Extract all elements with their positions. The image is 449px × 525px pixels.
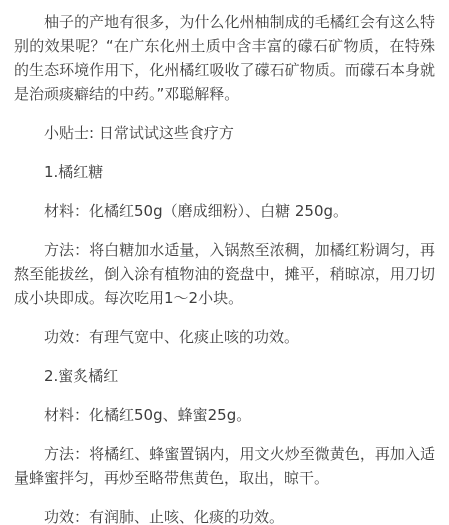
recipe-1-method: 方法：将白糖加水适量，入锅熬至浓稠，加橘红粉调匀，再熬至能拔丝，倒入涂有植物油的… [14,238,435,310]
tips-heading: 小贴士: 日常试试这些食疗方 [14,121,435,145]
recipe-2-method: 方法：将橘红、蜂蜜置锅内，用文火炒至微黄色，再加入适量蜂蜜拌匀，再炒至略带焦黄色… [14,442,435,490]
recipe-1-title: 1.橘红糖 [14,160,435,184]
article-body: 柚子的产地有很多，为什么化州柚制成的毛橘红会有这么特别的效果呢？“在广东化州土质… [0,0,449,525]
recipe-2-effect: 功效：有润肺、止咳、化痰的功效。 [14,505,435,525]
recipe-2-ingredients: 材料：化橘红50g、蜂蜜25g。 [14,403,435,427]
recipe-2-title: 2.蜜炙橘红 [14,364,435,388]
recipe-1-ingredients: 材料：化橘红50g（磨成细粉）、白糖 250g。 [14,199,435,223]
recipe-1-effect: 功效：有理气宽中、化痰止咳的功效。 [14,325,435,349]
intro-paragraph: 柚子的产地有很多，为什么化州柚制成的毛橘红会有这么特别的效果呢？“在广东化州土质… [14,10,435,106]
